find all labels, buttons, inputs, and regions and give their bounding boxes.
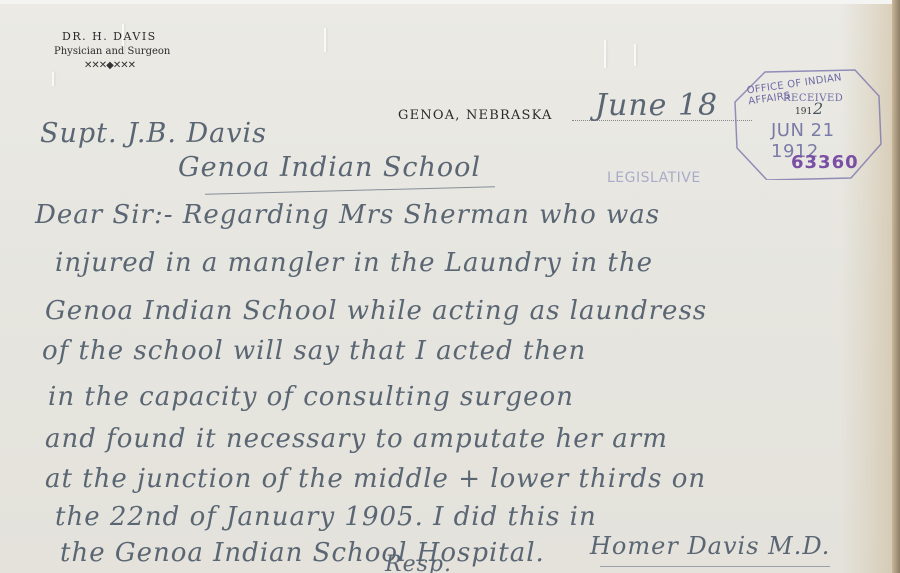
- salutation-to: Supt. J.B. Davis: [40, 118, 267, 149]
- paper-crease: [634, 44, 636, 66]
- letter-line: Genoa Indian School while acting as laun…: [45, 296, 707, 326]
- paper-crease: [52, 72, 54, 86]
- letter-closing: Resp.: [385, 552, 452, 573]
- paper-right-edge: [892, 0, 900, 573]
- letter-line: in the capacity of consulting surgeon: [48, 382, 574, 412]
- paper-top-edge: [0, 0, 900, 4]
- stamp-number: 63360: [791, 152, 859, 173]
- letterhead-title: Physician and Surgeon: [54, 46, 170, 57]
- received-stamp: OFFICE OF INDIAN AFFAIRS RECEIVED 191 2 …: [733, 68, 883, 180]
- letterhead-ornament-icon: ✕✕✕◆✕✕✕: [84, 60, 135, 71]
- letter-line: the Genoa Indian School Hospital.: [60, 538, 545, 568]
- letter-line: at the junction of the middle + lower th…: [45, 464, 706, 494]
- letter-line: Dear Sir:- Regarding Mrs Sherman who was: [35, 200, 660, 230]
- letter-line: and found it necessary to amputate her a…: [45, 424, 668, 454]
- handwritten-date: June 18: [595, 88, 718, 123]
- stamp-year-prefix: 191: [795, 107, 812, 117]
- stamp-year-suffix: 2: [813, 99, 823, 118]
- letter-line: the 22nd of January 1905. I did this in: [55, 502, 597, 532]
- letter-line: of the school will say that I acted then: [42, 336, 586, 366]
- letterhead-name: DR. H. DAVIS: [62, 30, 157, 43]
- letter-signature: Homer Davis M.D.: [590, 532, 830, 560]
- legislative-stamp: LEGISLATIVE: [607, 170, 701, 186]
- paper-crease: [604, 40, 606, 68]
- signature-underline: [600, 566, 830, 567]
- paper-crease: [324, 28, 326, 52]
- letter-line: injured in a mangler in the Laundry in t…: [55, 248, 653, 278]
- salutation-org: Genoa Indian School: [178, 152, 481, 183]
- letterhead-place: GENOA, NEBRASKA: [398, 108, 553, 123]
